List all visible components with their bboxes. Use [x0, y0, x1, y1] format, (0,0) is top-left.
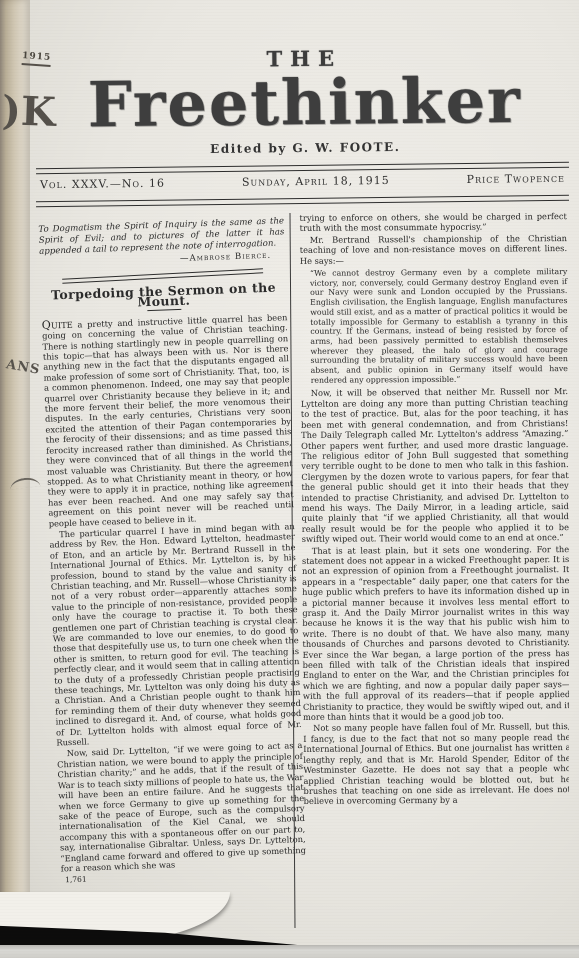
paper-title: Freethinker	[30, 70, 579, 136]
paragraph: That is at least plain, but it sets one …	[302, 544, 569, 723]
book-gutter-edge: 1915 )K ANS	[0, 0, 30, 958]
newspaper-page: THE Freethinker Edited by G. W. FOOTE. V…	[30, 0, 579, 958]
dateline: Vol. XXXV.—No. 16 Sunday, April 18, 1915…	[40, 172, 565, 191]
editor-line: Edited by G. W. FOOTE.	[31, 138, 579, 158]
left-column: To Dogmatism the Spirit of Inquiry is th…	[38, 212, 317, 928]
paragraph: Not so many people have fallen foul of M…	[303, 721, 569, 806]
paragraph: Now, said Dr. Lyttelton, “if we were goi…	[57, 740, 307, 873]
table-surface-strip	[0, 945, 579, 958]
issue-date: Sunday, April 18, 1915	[242, 174, 390, 189]
scanned-page: 1915 )K ANS THE Freethinker Edited by G.…	[0, 0, 579, 958]
double-rule-bottom	[36, 195, 569, 208]
russell-quote: “We cannot destroy Germany even by a com…	[310, 267, 568, 385]
paragraph: The particular quarrel I have in mind be…	[49, 521, 302, 748]
paragraph: trying to enforce on others, she would b…	[299, 212, 566, 234]
paragraph: Now, it will be observed that neither Mr…	[300, 387, 568, 545]
epigraph: To Dogmatism the Spirit of Inquiry is th…	[38, 216, 285, 270]
masthead: THE Freethinker Edited by G. W. FOOTE.	[29, 0, 579, 158]
title-rule	[147, 309, 181, 311]
volume-number: Vol. XXXV.—No. 16	[40, 177, 165, 192]
paragraph: QUITE a pretty and instructive little qu…	[42, 312, 295, 529]
right-column: trying to enforce on others, she would b…	[289, 212, 569, 928]
column-area: To Dogmatism the Spirit of Inquiry is th…	[38, 212, 569, 928]
article-title: Torpedoing the Sermon on the Mount.	[41, 282, 287, 311]
price: Price Twopence	[467, 172, 566, 186]
paragraph: Mr. Bertrand Russell's championship of t…	[299, 233, 567, 266]
